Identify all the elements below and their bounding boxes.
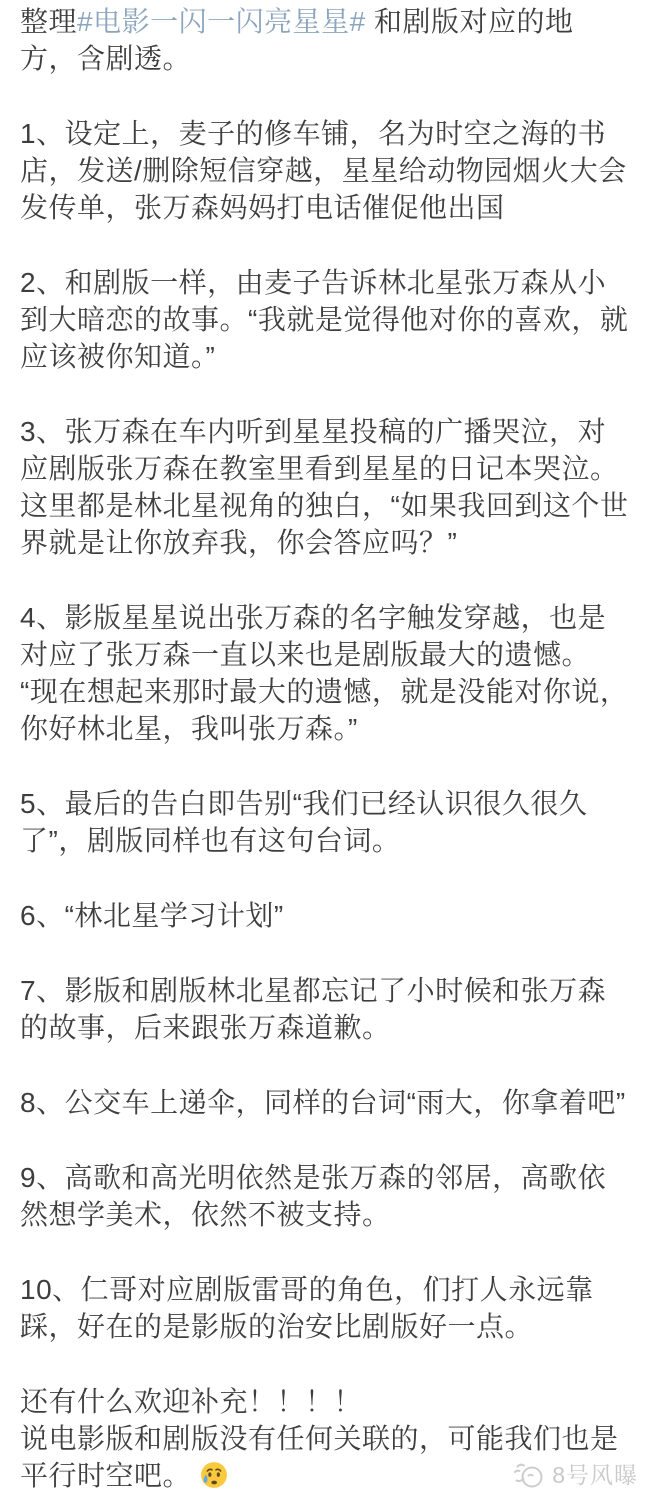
list-item-2: 2、和剧版一样，由麦子告诉林北星张万森从小到大暗恋的故事。“我就是觉得他对你的喜…	[20, 264, 630, 375]
list-item-10: 10、仁哥对应剧版雷哥的角色，们打人永远靠踩，好在的是影版的治安比剧版好一点。	[20, 1271, 630, 1345]
megaphone-icon	[507, 1458, 547, 1490]
list-item-4: 4、影版星星说出张万森的名字触发穿越，也是对应了张万森一直以来也是剧版最大的遗憾…	[20, 599, 630, 747]
list-item-8: 8、公交车上递伞，同样的台词“雨大，你拿着吧”	[20, 1084, 630, 1121]
list-item-9: 9、高歌和高光明依然是张万森的邻居，高歌依然想学美术，依然不被支持。	[20, 1159, 630, 1233]
list-item-5: 5、最后的告白即告别“我们已经认识很久很久了”，剧版同样也有这句台词。	[20, 785, 630, 859]
intro-paragraph: 整理#电影一闪一闪亮星星# 和剧版对应的地方，含剧透。	[20, 3, 630, 77]
sad-but-relieved-emoji	[199, 1460, 229, 1490]
list-item-7: 7、影版和剧版林北星都忘记了小时候和张万森的故事，后来跟张万森道歉。	[20, 972, 630, 1046]
list-item-1: 1、设定上，麦子的修车铺，名为时空之海的书店，发送/删除短信穿越，星星给动物园烟…	[20, 115, 630, 226]
watermark-text: 8号风曝	[552, 1457, 638, 1490]
hashtag-link[interactable]: #电影一闪一闪亮星星#	[77, 6, 366, 37]
watermark: 8号风曝	[507, 1457, 638, 1490]
post-body: 整理#电影一闪一闪亮星星# 和剧版对应的地方，含剧透。 1、设定上，麦子的修车铺…	[0, 0, 650, 1494]
list-item-6: 6、“林北星学习计划”	[20, 897, 630, 934]
list-item-3: 3、张万森在车内听到星星投稿的广播哭泣，对应剧版张万森在教室里看到星星的日记本哭…	[20, 413, 630, 561]
intro-prefix: 整理	[20, 6, 77, 37]
